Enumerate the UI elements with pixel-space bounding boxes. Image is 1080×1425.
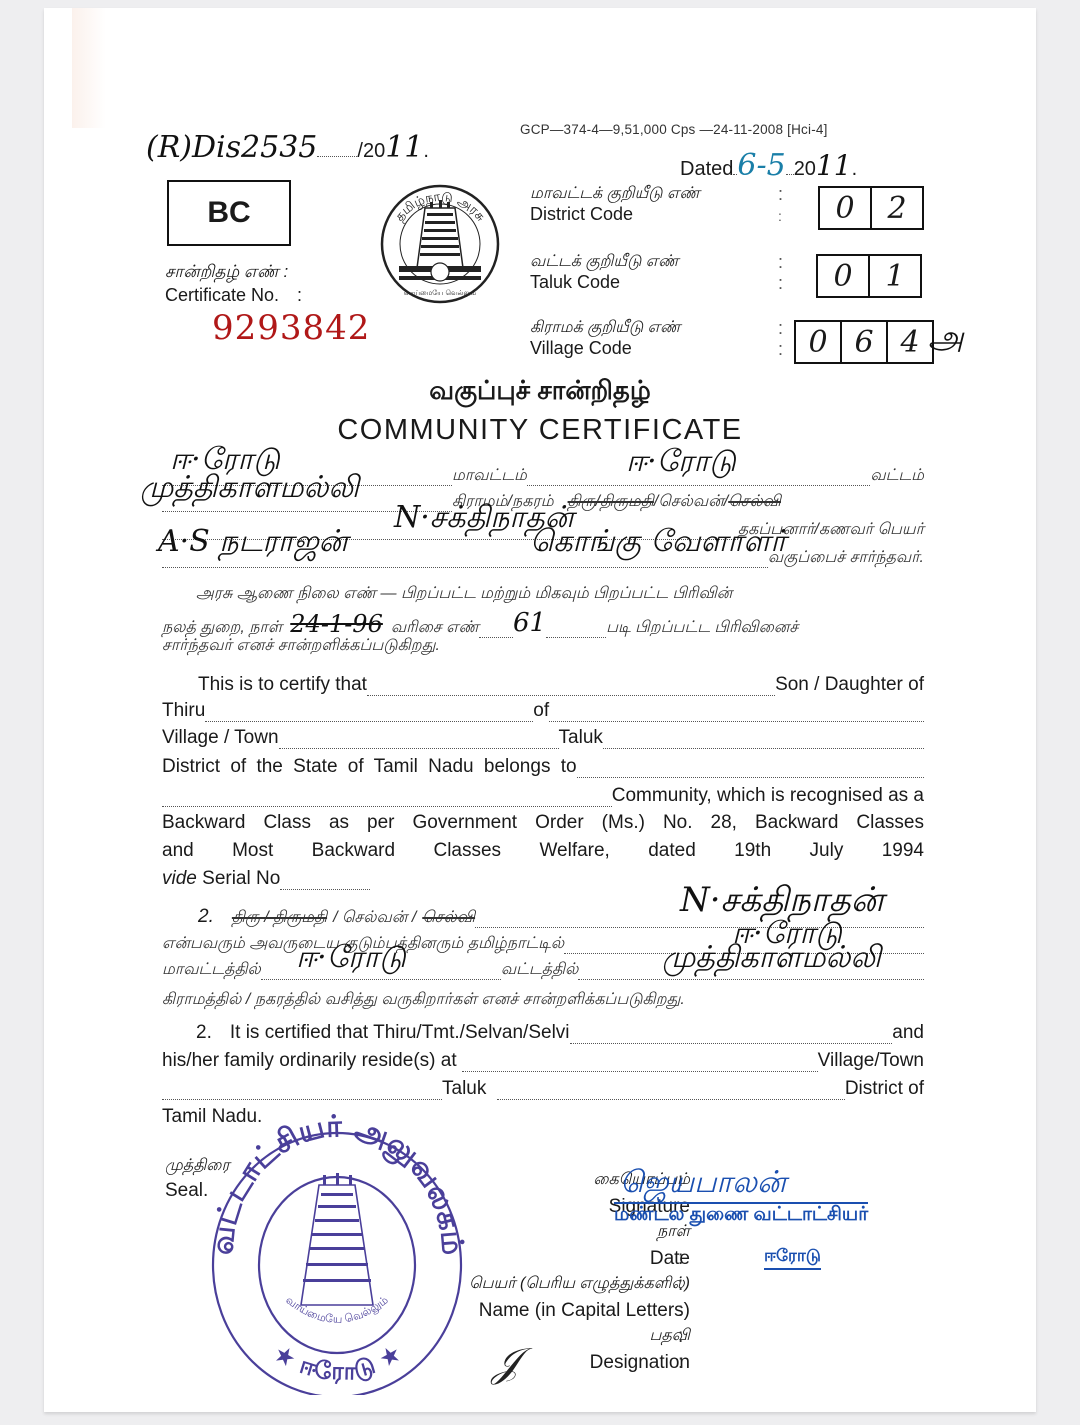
tamil-community-line: வகுப்பைச் சார்ந்தவர். (162, 548, 924, 568)
taluk-code-row: வட்டக் குறியீடு எண் Taluk Code (530, 252, 679, 293)
tamil-section-2-line-4: கிராமத்தில் / நகரத்தில் வசித்து வருகிறார… (162, 990, 924, 1010)
name-label: Name (in Capital Letters) (500, 1300, 690, 1326)
district-code-label: District Code (530, 204, 700, 225)
seal-label: Seal. (165, 1180, 208, 1202)
reference-prefix: (R)Dis (146, 130, 241, 165)
name-label-ta: பெயர் (பெரிய எழுத்துக்களில்) (500, 1274, 690, 1300)
village-code-digit: 0 (796, 322, 842, 362)
dated-field: Dated6-52011. (680, 148, 857, 183)
designation-label: Designation (500, 1352, 690, 1378)
svg-text:வாய்மையே வெல்லும்: வாய்மையே வெல்லும் (283, 1293, 390, 1326)
village-code-digit: 6 (842, 322, 888, 362)
tamil-section-2-line-3: மாவட்டத்தில் வட்டத்தில் (162, 960, 924, 980)
taluk-code-box: 0 1 (816, 254, 922, 298)
title-english: COMMUNITY CERTIFICATE (0, 414, 1080, 447)
english-line-2: Thiruof (162, 700, 924, 722)
english-section-2-line-2: his/her family ordinarily reside(s) at V… (162, 1050, 924, 1072)
district-code-box: 0 2 (818, 186, 924, 230)
certificate-no-label-ta: சான்றிதழ் எண் : (165, 262, 288, 284)
reference-year-printed: /20 (357, 140, 385, 162)
tamil-go-line-2: நலத் துறை, நாள் 24-1-96 வரிசை எண் 61 படி… (162, 608, 924, 638)
officer-signature: ஜெயபாலன் மண்டல துணை வட்டாட்சியர் ஈரோடு (614, 1165, 868, 1270)
village-code-box: 0 6 4 (794, 320, 934, 364)
village-code-label-ta: கிராமக் குறியீடு எண் (530, 318, 680, 338)
dated-year-handwritten: 11 (816, 149, 852, 182)
officer-designation-stamp: மண்டல துணை வட்டாட்சியர் (614, 1202, 868, 1228)
english-line-6: Backward Class as per Government Order (… (162, 812, 924, 834)
english-line-7: and Most Backward Classes Welfare, dated… (162, 840, 924, 862)
district-code-digit: 0 (820, 188, 872, 228)
taluk-code-digit: 1 (870, 256, 920, 296)
certificate-number: 9293842 (212, 308, 370, 348)
dated-year-printed: 20 (794, 158, 816, 180)
english-line-4: District of the State of Tamil Nadu belo… (162, 756, 924, 778)
dated-label: Dated (680, 158, 733, 180)
category-badge: BC (167, 180, 291, 246)
english-line-3: Village / TownTaluk (162, 727, 924, 749)
english-line-1: This is to certify thatSon / Daughter of (198, 674, 924, 696)
handwritten-serial: 61 (513, 608, 546, 638)
taluk-code-label: Taluk Code (530, 272, 679, 293)
english-section-2-line-3: Taluk District of (162, 1078, 924, 1100)
taluk-office-seal-icon: வட்டாட்சியர் அலுவலகம் ★ ஈரோடு ★ வாய்மையே… (205, 1105, 470, 1395)
dated-handwritten: 6-5 (737, 148, 785, 183)
reference-handwritten-number: 2535 (241, 130, 317, 165)
designation-label-ta: பதவி (500, 1326, 690, 1352)
village-code-suffix: அ (928, 318, 964, 360)
svg-text:வாய்மையே வெல்லும்: வாய்மையே வெல்லும் (404, 289, 477, 297)
print-code: GCP—374-4—9,51,000 Cps —24-11-2008 [Hci-… (520, 122, 828, 137)
district-code-digit: 2 (872, 188, 922, 228)
district-code-row: மாவட்டக் குறியீடு எண் District Code (530, 184, 700, 225)
officer-initials-icon: 𝒥 (492, 1340, 520, 1386)
officer-signature-text: ஜெயபாலன் (620, 1165, 868, 1204)
certificate-no-label: Certificate No.: (165, 285, 302, 306)
taluk-code-digit: 0 (818, 256, 870, 296)
handwritten-go-date: 24-1-96 (290, 610, 383, 638)
english-section-2-line-1: 2. It is certified that Thiru/Tmt./Selva… (162, 1022, 924, 1044)
taluk-code-label-ta: வட்டக் குறியீடு எண் (530, 252, 679, 272)
reference-number: (R)Dis2535/2011. (146, 130, 429, 165)
english-line-5: Community, which is recognised as a (162, 785, 924, 807)
tamil-go-line-3: சார்ந்தவர் எனச் சான்றளிக்கப்படுகிறது. (162, 636, 924, 656)
tamil-nadu-emblem-icon: தமிழ்நாடு அரசு வாய்மையே வெல்லும் (377, 180, 503, 308)
reference-year-handwritten: 11 (385, 130, 423, 165)
village-code-label: Village Code (530, 338, 680, 359)
tamil-go-line-1: அரசு ஆணை நிலை எண் — பிறப்பட்ட மற்றும் மி… (196, 584, 924, 604)
officer-location-stamp: ஈரோடு (764, 1246, 821, 1270)
village-code-digit: 4 (888, 322, 932, 362)
district-code-label-ta: மாவட்டக் குறியீடு எண் (530, 184, 700, 204)
village-code-row: கிராமக் குறியீடு எண் Village Code (530, 318, 680, 359)
svg-text:★ ஈரோடு ★: ★ ஈரோடு ★ (269, 1339, 407, 1386)
title-tamil: வகுப்புச் சான்றிதழ் (0, 375, 1080, 409)
